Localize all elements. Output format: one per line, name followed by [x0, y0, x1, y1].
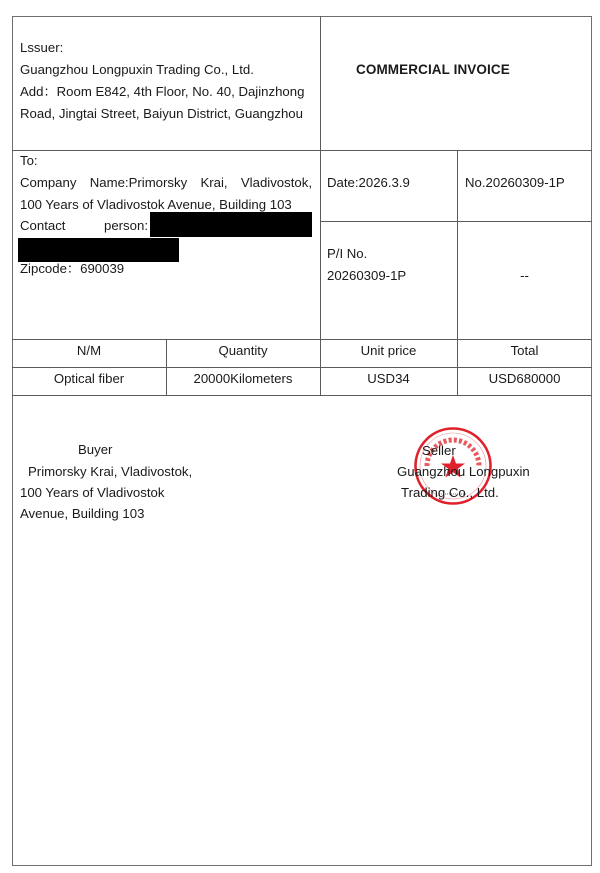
divider-horizontal-1	[12, 150, 592, 151]
invoice-number: No.20260309-1P	[465, 172, 565, 194]
seller-line2: Trading Co., Ltd.	[401, 482, 499, 504]
document-title: COMMERCIAL INVOICE	[356, 62, 510, 77]
cell-item-name: Optical fiber	[12, 368, 166, 390]
issuer-address-line1: Add：Room E842, 4th Floor, No. 40, Dajinz…	[20, 81, 304, 103]
buyer-line2: 100 Years of Vladivostok	[20, 482, 164, 504]
buyer-line3: Avenue, Building 103	[20, 503, 144, 525]
pi-extra: --	[457, 265, 592, 287]
recipient-company-line1: Company Name:Primorsky Krai, Vladivostok…	[20, 172, 312, 194]
issuer-address-line2: Road, Jingtai Street, Baiyun District, G…	[20, 103, 303, 125]
recipient-label: To:	[20, 150, 38, 172]
divider-vertical-meta	[457, 150, 458, 339]
recipient-contact-label-b: person:	[104, 215, 148, 237]
table-header-total: Total	[457, 340, 592, 362]
cell-total: USD680000	[457, 368, 592, 390]
pi-value: 20260309-1P	[327, 265, 406, 287]
seller-line1: Guangzhou Longpuxin	[397, 461, 530, 483]
table-header-quantity: Quantity	[166, 340, 320, 362]
seller-title: Seller	[422, 440, 456, 462]
divider-table-bottom	[12, 395, 592, 396]
issuer-label: Lssuer:	[20, 37, 63, 59]
invoice-date: Date:2026.3.9	[327, 172, 410, 194]
divider-horizontal-meta	[320, 221, 592, 222]
divider-vertical-top	[320, 16, 321, 339]
recipient-zipcode: Zipcode：690039	[20, 258, 124, 280]
issuer-company: Guangzhou Longpuxin Trading Co., Ltd.	[20, 59, 254, 81]
recipient-contact-label: Contact	[20, 215, 65, 237]
table-header-unit-price: Unit price	[320, 340, 457, 362]
buyer-title: Buyer	[78, 439, 112, 461]
pi-label: P/I No.	[327, 243, 367, 265]
redacted-contact-1	[150, 212, 312, 237]
buyer-line1: Primorsky Krai, Vladivostok,	[28, 461, 192, 483]
cell-unit-price: USD34	[320, 368, 457, 390]
cell-quantity: 20000Kilometers	[166, 368, 320, 390]
table-header-nm: N/M	[12, 340, 166, 362]
